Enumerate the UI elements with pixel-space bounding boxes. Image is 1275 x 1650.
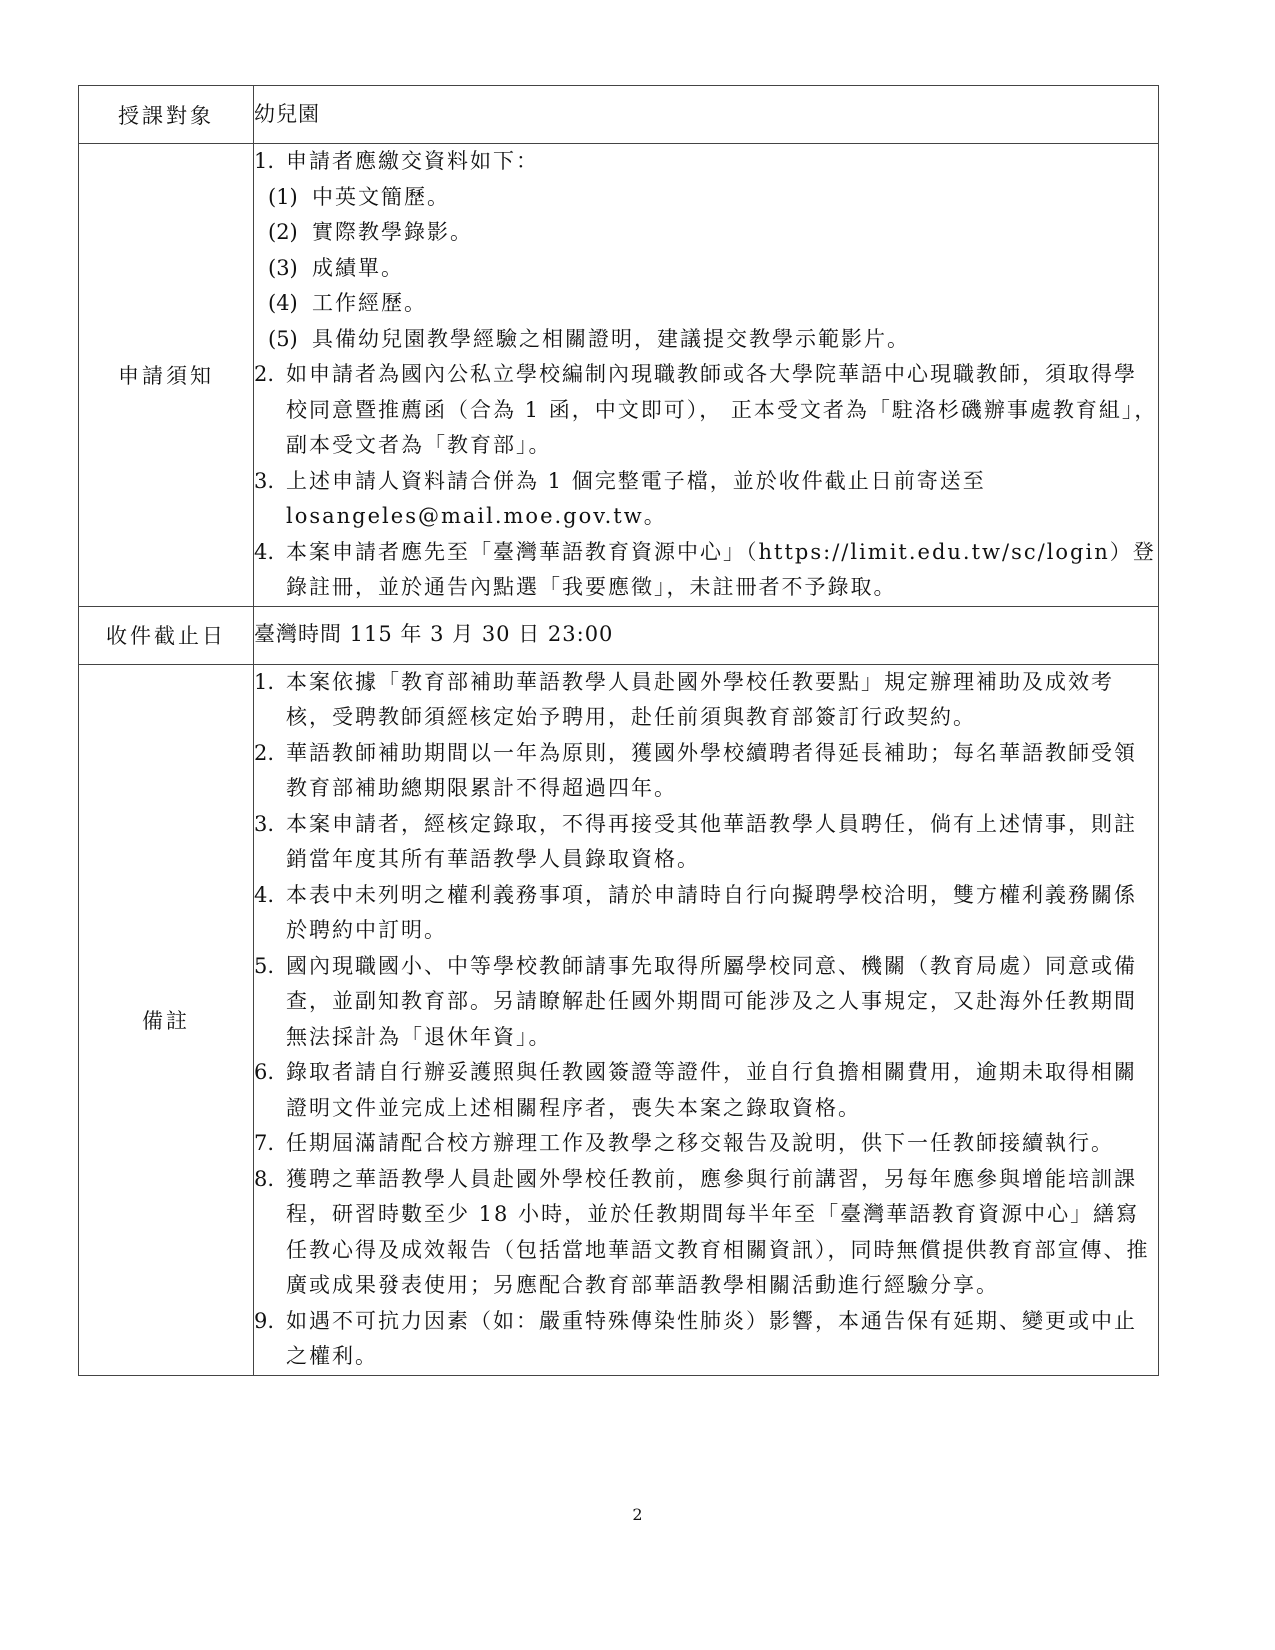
document-page: 授課對象 幼兒園 申請須知 1. 申請者應繳交資料如下： (1) 中英文簡歷。 … xyxy=(0,0,1275,1650)
list-item: 5.國內現職國小、中等學校教師請事先取得所屬學校同意、機關（教育局處）同意或備查… xyxy=(254,949,1158,1056)
sub-item-text: 成績單。 xyxy=(312,251,1158,287)
item-text: 錄取者請自行辦妥護照與任教國簽證等證件，並自行負擔相關費用，逾期未取得相關證明文… xyxy=(286,1055,1158,1126)
application-notes-list: 1. 申請者應繳交資料如下： (1) 中英文簡歷。 (2) 實際教學錄影。 (3… xyxy=(254,144,1159,607)
row-target: 授課對象 幼兒園 xyxy=(79,86,1159,144)
sub-item: (5) 具備幼兒園教學經驗之相關證明，建議提交教學示範影片。 xyxy=(254,322,1158,358)
list-item: 8.獲聘之華語教學人員赴國外學校任教前，應參與行前講習，另每年應參與增能培訓課程… xyxy=(254,1162,1158,1304)
item-text: 華語教師補助期間以一年為原則，獲國外學校續聘者得延長補助；每名華語教師受領教育部… xyxy=(286,736,1158,807)
list-item: 3.本案申請者，經核定錄取，不得再接受其他華語教學人員聘任，倘有上述情事，則註銷… xyxy=(254,807,1158,878)
sub-item: (3) 成績單。 xyxy=(254,251,1158,287)
item-number: 4. xyxy=(254,878,286,949)
list-item: 6.錄取者請自行辦妥護照與任教國簽證等證件，並自行負擔相關費用，逾期未取得相關證… xyxy=(254,1055,1158,1126)
sub-item: (4) 工作經歷。 xyxy=(254,286,1158,322)
item-number: 7. xyxy=(254,1126,286,1162)
label-remarks: 備註 xyxy=(79,664,254,1375)
item-number: 5. xyxy=(254,949,286,1056)
item-number: 2. xyxy=(254,736,286,807)
item-number: 8. xyxy=(254,1162,286,1304)
label-target: 授課對象 xyxy=(79,86,254,144)
item-text: 本案申請者應先至「臺灣華語教育資源中心」（https://limit.edu.t… xyxy=(286,535,1158,606)
item-number: 9. xyxy=(254,1304,286,1375)
sub-item-text: 中英文簡歷。 xyxy=(312,180,1158,216)
sub-item-number: (1) xyxy=(268,180,312,216)
item-text: 上述申請人資料請合併為 1 個完整電子檔，並於收件截止日前寄送至 losange… xyxy=(286,464,1158,535)
item-text: 如申請者為國內公私立學校編制內現職教師或各大學院華語中心現職教師，須取得學校同意… xyxy=(286,357,1158,464)
item-text: 本表中未列明之權利義務事項，請於申請時自行向擬聘學校洽明，雙方權利義務關係於聘約… xyxy=(286,878,1158,949)
item-text: 國內現職國小、中等學校教師請事先取得所屬學校同意、機關（教育局處）同意或備查，並… xyxy=(286,949,1158,1056)
item-number: 3. xyxy=(254,464,286,535)
list-item: 4.本表中未列明之權利義務事項，請於申請時自行向擬聘學校洽明，雙方權利義務關係於… xyxy=(254,878,1158,949)
item-text: 申請者應繳交資料如下： xyxy=(286,144,1158,180)
value-deadline: 臺灣時間 115 年 3 月 30 日 23:00 xyxy=(254,606,1159,664)
item-number: 1. xyxy=(254,144,286,180)
list-item: 1. 申請者應繳交資料如下： xyxy=(254,144,1158,180)
page-number: 2 xyxy=(0,1505,1275,1524)
row-remarks: 備註 1.本案依據「教育部補助華語教學人員赴國外學校任教要點」規定辦理補助及成效… xyxy=(79,664,1159,1375)
list-item: 4. 本案申請者應先至「臺灣華語教育資源中心」（https://limit.ed… xyxy=(254,535,1158,606)
sub-item-number: (2) xyxy=(268,215,312,251)
remarks-list: 1.本案依據「教育部補助華語教學人員赴國外學校任教要點」規定辦理補助及成效考核，… xyxy=(254,664,1159,1375)
sub-item-text: 工作經歷。 xyxy=(312,286,1158,322)
row-application-notes: 申請須知 1. 申請者應繳交資料如下： (1) 中英文簡歷。 (2) 實際教學錄… xyxy=(79,144,1159,607)
item-number: 1. xyxy=(254,665,286,736)
list-item: 1.本案依據「教育部補助華語教學人員赴國外學校任教要點」規定辦理補助及成效考核，… xyxy=(254,665,1158,736)
sub-item-number: (5) xyxy=(268,322,312,358)
row-deadline: 收件截止日 臺灣時間 115 年 3 月 30 日 23:00 xyxy=(79,606,1159,664)
sub-item: (1) 中英文簡歷。 xyxy=(254,180,1158,216)
item-text: 本案依據「教育部補助華語教學人員赴國外學校任教要點」規定辦理補助及成效考核，受聘… xyxy=(286,665,1158,736)
list-item: 9.如遇不可抗力因素（如：嚴重特殊傳染性肺炎）影響，本通告保有延期、變更或中止之… xyxy=(254,1304,1158,1375)
sub-item-number: (3) xyxy=(268,251,312,287)
sub-item-text: 具備幼兒園教學經驗之相關證明，建議提交教學示範影片。 xyxy=(312,322,1158,358)
list-item: 2. 如申請者為國內公私立學校編制內現職教師或各大學院華語中心現職教師，須取得學… xyxy=(254,357,1158,464)
sub-item: (2) 實際教學錄影。 xyxy=(254,215,1158,251)
label-application-notes: 申請須知 xyxy=(79,144,254,607)
item-number: 6. xyxy=(254,1055,286,1126)
sub-item-number: (4) xyxy=(268,286,312,322)
list-item: 7.任期屆滿請配合校方辦理工作及教學之移交報告及說明，供下一任教師接續執行。 xyxy=(254,1126,1158,1162)
item-text: 本案申請者，經核定錄取，不得再接受其他華語教學人員聘任，倘有上述情事，則註銷當年… xyxy=(286,807,1158,878)
item-text: 如遇不可抗力因素（如：嚴重特殊傳染性肺炎）影響，本通告保有延期、變更或中止之權利… xyxy=(286,1304,1158,1375)
item-number: 3. xyxy=(254,807,286,878)
item-number: 2. xyxy=(254,357,286,464)
item-text: 任期屆滿請配合校方辦理工作及教學之移交報告及說明，供下一任教師接續執行。 xyxy=(286,1126,1158,1162)
sub-item-text: 實際教學錄影。 xyxy=(312,215,1158,251)
value-target: 幼兒園 xyxy=(254,86,1159,144)
list-item: 2.華語教師補助期間以一年為原則，獲國外學校續聘者得延長補助；每名華語教師受領教… xyxy=(254,736,1158,807)
notice-table: 授課對象 幼兒園 申請須知 1. 申請者應繳交資料如下： (1) 中英文簡歷。 … xyxy=(78,85,1159,1376)
item-number: 4. xyxy=(254,535,286,606)
label-deadline: 收件截止日 xyxy=(79,606,254,664)
item-text: 獲聘之華語教學人員赴國外學校任教前，應參與行前講習，另每年應參與增能培訓課程，研… xyxy=(286,1162,1158,1304)
list-item: 3. 上述申請人資料請合併為 1 個完整電子檔，並於收件截止日前寄送至 losa… xyxy=(254,464,1158,535)
